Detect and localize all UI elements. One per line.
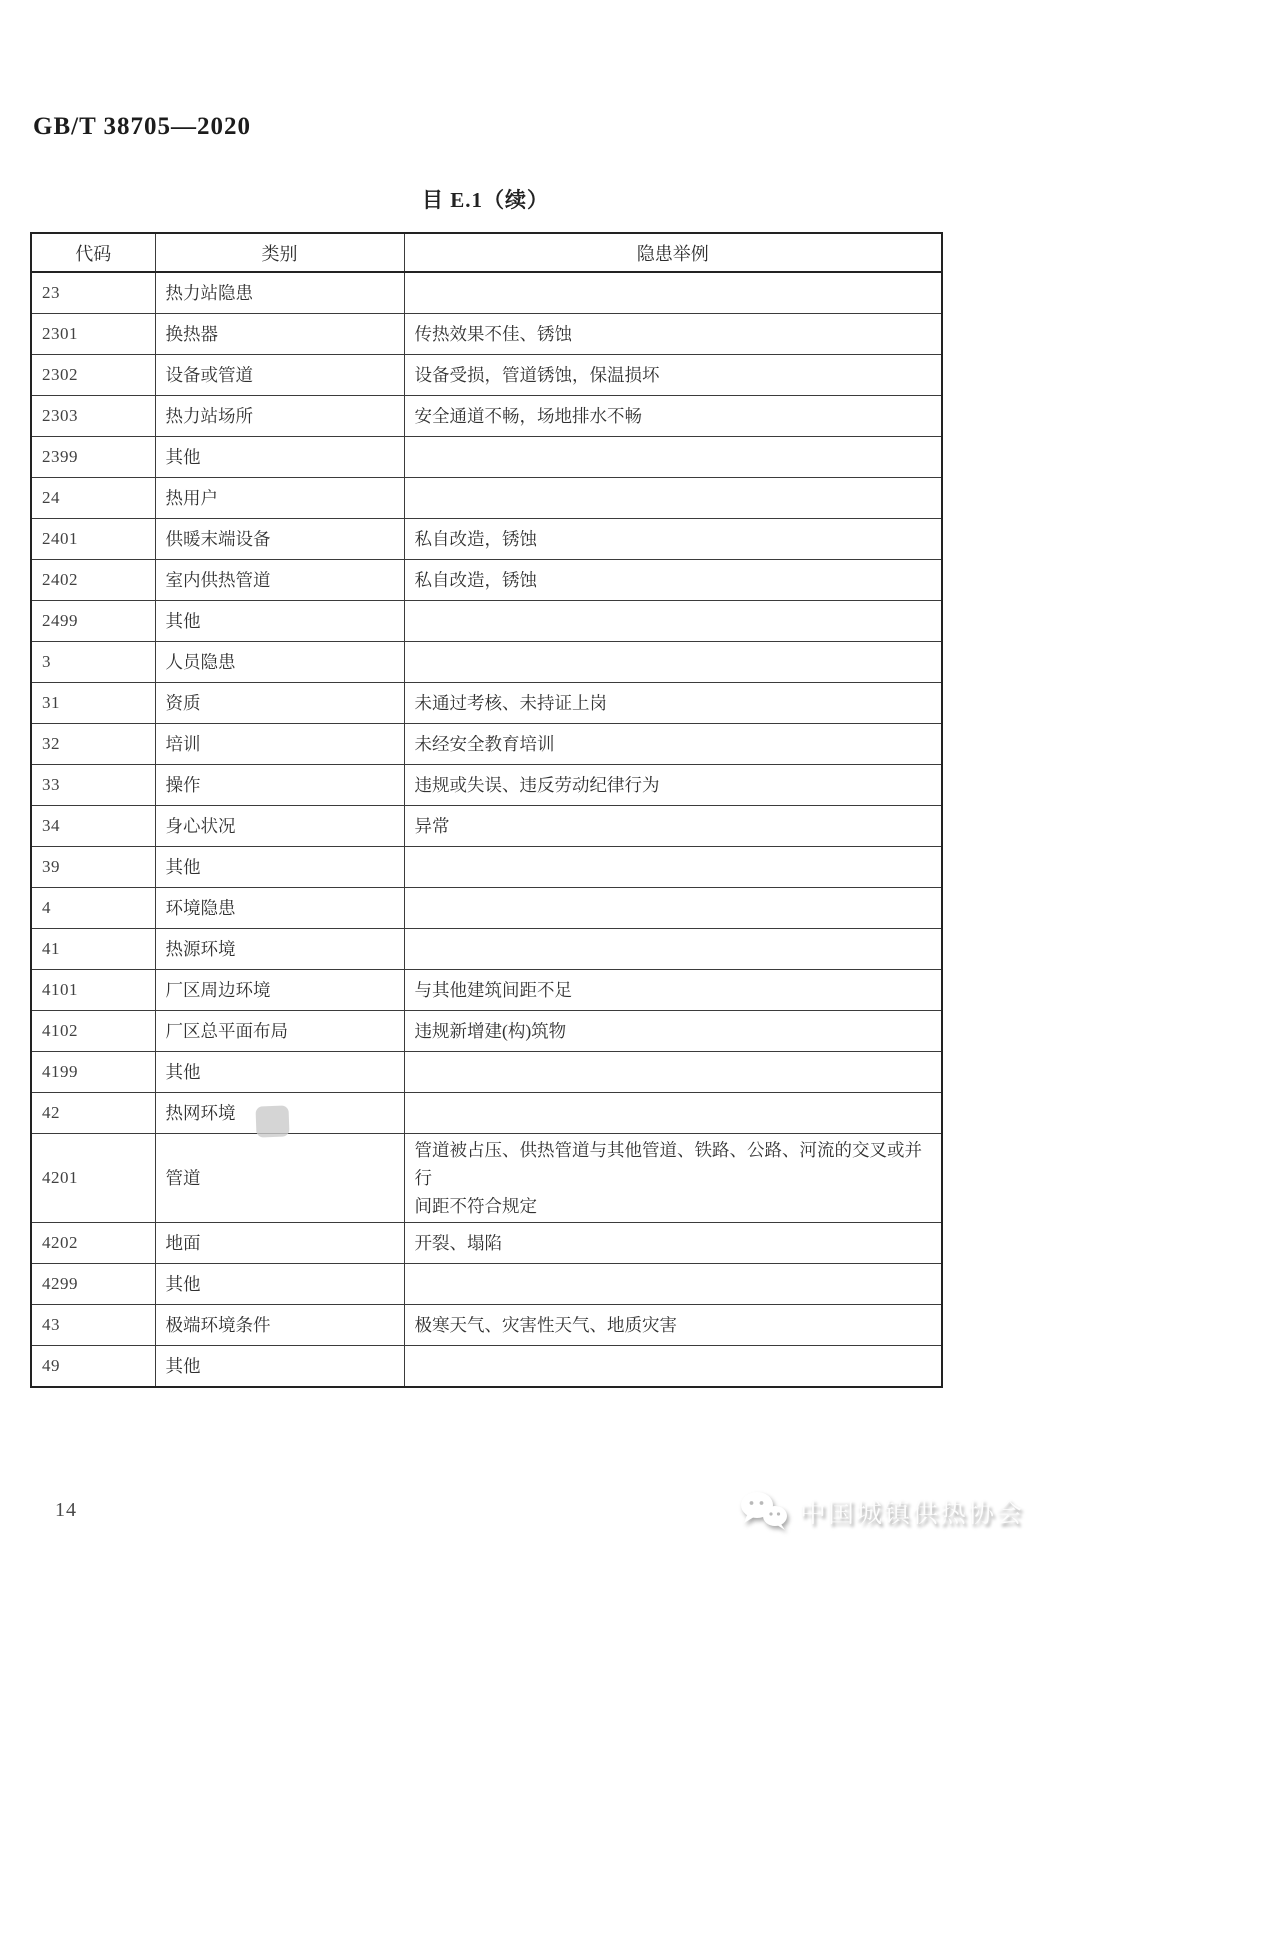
table-header-row: 代码 类别 隐患举例 [31, 233, 942, 272]
code-cell: 2402 [31, 560, 155, 601]
table-row: 24热用户 [31, 478, 942, 519]
table-row: 2301换热器传热效果不佳、锈蚀 [31, 314, 942, 355]
example-cell: 管道被占压、供热管道与其他管道、铁路、公路、河流的交叉或并行 间距不符合规定 [404, 1134, 942, 1223]
table-row: 2302设备或管道设备受损，管道锈蚀，保温损坏 [31, 355, 942, 396]
column-header-example: 隐患举例 [404, 233, 942, 272]
category-cell: 极端环境条件 [155, 1305, 404, 1346]
table-row: 3人员隐患 [31, 642, 942, 683]
example-cell [404, 437, 942, 478]
table-row: 2402室内供热管道私自改造，锈蚀 [31, 560, 942, 601]
code-cell: 2302 [31, 355, 155, 396]
table-row: 2399其他 [31, 437, 942, 478]
example-cell: 异常 [404, 806, 942, 847]
code-cell: 2499 [31, 601, 155, 642]
category-cell: 资质 [155, 683, 404, 724]
table-row: 31资质未通过考核、未持证上岗 [31, 683, 942, 724]
example-cell [404, 478, 942, 519]
table-row: 4299其他 [31, 1264, 942, 1305]
code-cell: 24 [31, 478, 155, 519]
category-cell: 其他 [155, 1052, 404, 1093]
category-cell: 厂区周边环境 [155, 970, 404, 1011]
table-body: 23热力站隐患2301换热器传热效果不佳、锈蚀2302设备或管道设备受损，管道锈… [31, 272, 942, 1387]
category-cell: 热力站场所 [155, 396, 404, 437]
code-cell: 4299 [31, 1264, 155, 1305]
example-cell: 与其他建筑间距不足 [404, 970, 942, 1011]
table-row: 42热网环境 [31, 1093, 942, 1134]
table-row: 41热源环境 [31, 929, 942, 970]
example-cell: 未经安全教育培训 [404, 724, 942, 765]
category-cell: 热源环境 [155, 929, 404, 970]
table-row: 4199其他 [31, 1052, 942, 1093]
category-cell: 热用户 [155, 478, 404, 519]
category-cell: 设备或管道 [155, 355, 404, 396]
code-cell: 2399 [31, 437, 155, 478]
category-cell: 身心状况 [155, 806, 404, 847]
code-cell: 4 [31, 888, 155, 929]
category-cell: 环境隐患 [155, 888, 404, 929]
category-cell: 地面 [155, 1223, 404, 1264]
example-cell [404, 847, 942, 888]
table-row: 4201管道管道被占压、供热管道与其他管道、铁路、公路、河流的交叉或并行 间距不… [31, 1134, 942, 1223]
wechat-icon [738, 1490, 790, 1532]
code-cell: 2301 [31, 314, 155, 355]
code-cell: 33 [31, 765, 155, 806]
code-cell: 4201 [31, 1134, 155, 1223]
category-cell: 换热器 [155, 314, 404, 355]
code-cell: 31 [31, 683, 155, 724]
table-row: 4101厂区周边环境与其他建筑间距不足 [31, 970, 942, 1011]
example-cell: 未通过考核、未持证上岗 [404, 683, 942, 724]
code-cell: 42 [31, 1093, 155, 1134]
category-cell: 其他 [155, 847, 404, 888]
code-cell: 4102 [31, 1011, 155, 1052]
category-cell: 其他 [155, 1264, 404, 1305]
code-cell: 3 [31, 642, 155, 683]
example-cell [404, 1264, 942, 1305]
table-title: 目 E.1（续） [30, 184, 941, 214]
example-cell: 私自改造，锈蚀 [404, 560, 942, 601]
table-row: 33操作违规或失误、违反劳动纪律行为 [31, 765, 942, 806]
category-cell: 热力站隐患 [155, 272, 404, 314]
category-cell: 操作 [155, 765, 404, 806]
category-cell: 培训 [155, 724, 404, 765]
table-row: 49其他 [31, 1346, 942, 1388]
example-cell [404, 601, 942, 642]
code-cell: 34 [31, 806, 155, 847]
example-cell [404, 1346, 942, 1388]
example-cell: 违规或失误、违反劳动纪律行为 [404, 765, 942, 806]
example-cell: 设备受损，管道锈蚀，保温损坏 [404, 355, 942, 396]
example-cell [404, 929, 942, 970]
page-number: 14 [55, 1499, 77, 1522]
code-cell: 4199 [31, 1052, 155, 1093]
table-row: 43极端环境条件极寒天气、灾害性天气、地质灾害 [31, 1305, 942, 1346]
example-cell: 开裂、塌陷 [404, 1223, 942, 1264]
category-cell: 其他 [155, 601, 404, 642]
code-cell: 23 [31, 272, 155, 314]
code-cell: 49 [31, 1346, 155, 1388]
table-row: 2499其他 [31, 601, 942, 642]
table-row: 23热力站隐患 [31, 272, 942, 314]
column-header-code: 代码 [31, 233, 155, 272]
category-cell: 其他 [155, 437, 404, 478]
column-header-category: 类别 [155, 233, 404, 272]
table-row: 34身心状况异常 [31, 806, 942, 847]
table-row: 4环境隐患 [31, 888, 942, 929]
code-cell: 39 [31, 847, 155, 888]
code-cell: 32 [31, 724, 155, 765]
category-cell: 人员隐患 [155, 642, 404, 683]
example-cell [404, 888, 942, 929]
table-row: 2401供暖末端设备私自改造，锈蚀 [31, 519, 942, 560]
watermark-text: 中国城镇供热协会 [800, 1493, 1024, 1530]
example-cell: 传热效果不佳、锈蚀 [404, 314, 942, 355]
footer-watermark: 中国城镇供热协会 [738, 1490, 1024, 1532]
table-row: 4202地面开裂、塌陷 [31, 1223, 942, 1264]
table-row: 39其他 [31, 847, 942, 888]
example-cell [404, 642, 942, 683]
hazard-code-table: 代码 类别 隐患举例 23热力站隐患2301换热器传热效果不佳、锈蚀2302设备… [30, 232, 943, 1388]
standard-number: GB/T 38705—2020 [33, 113, 251, 141]
code-cell: 43 [31, 1305, 155, 1346]
code-cell: 4101 [31, 970, 155, 1011]
table-row: 4102厂区总平面布局违规新增建(构)筑物 [31, 1011, 942, 1052]
document-page: GB/T 38705—2020 目 E.1（续） 代码 类别 隐患举例 23热力… [0, 0, 1280, 1940]
category-cell: 厂区总平面布局 [155, 1011, 404, 1052]
code-cell: 41 [31, 929, 155, 970]
table-row: 32培训未经安全教育培训 [31, 724, 942, 765]
example-cell: 私自改造，锈蚀 [404, 519, 942, 560]
category-cell: 供暖末端设备 [155, 519, 404, 560]
example-cell: 违规新增建(构)筑物 [404, 1011, 942, 1052]
code-cell: 4202 [31, 1223, 155, 1264]
scan-artifact-smudge [255, 1105, 289, 1137]
example-cell [404, 272, 942, 314]
example-cell: 安全通道不畅，场地排水不畅 [404, 396, 942, 437]
category-cell: 管道 [155, 1134, 404, 1223]
code-cell: 2401 [31, 519, 155, 560]
code-cell: 2303 [31, 396, 155, 437]
category-cell: 室内供热管道 [155, 560, 404, 601]
table-row: 2303热力站场所安全通道不畅，场地排水不畅 [31, 396, 942, 437]
example-cell [404, 1093, 942, 1134]
example-cell: 极寒天气、灾害性天气、地质灾害 [404, 1305, 942, 1346]
example-cell [404, 1052, 942, 1093]
category-cell: 其他 [155, 1346, 404, 1388]
